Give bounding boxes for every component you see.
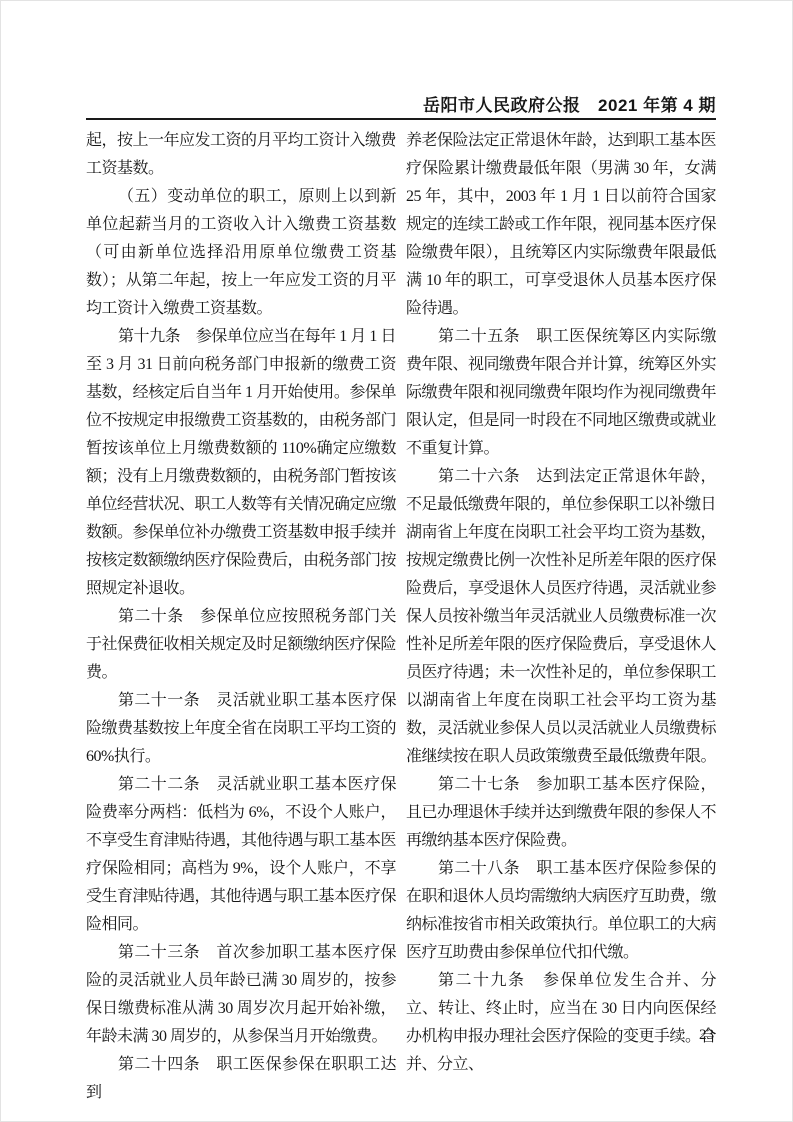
page-number: 23 xyxy=(86,1027,714,1044)
paragraph: （五）变动单位的职工，原则上以到新单位起薪当月的工资收入计入缴费工资基数（可由新… xyxy=(86,183,396,323)
paragraph: 第二十四条 职工医保参保在职职工达到 xyxy=(86,1051,396,1107)
header-rule xyxy=(86,118,716,120)
paragraph: 养老保险法定正常退休年龄，达到职工基本医疗保险累计缴费最低年限（男满 30 年，… xyxy=(406,127,716,323)
paragraph: 第二十八条 职工基本医疗保险参保的在职和退休人员均需缴纳大病医疗互助费，缴纳标准… xyxy=(406,855,716,967)
gazette-page: 岳阳市人民政府公报 2021 年第 4 期 起，按上一年应发工资的月平均工资计入… xyxy=(0,0,793,1122)
paragraph: 第二十七条 参加职工基本医疗保险，且已办理退休手续并达到缴费年限的参保人不再缴纳… xyxy=(406,771,716,855)
paragraph: 第十九条 参保单位应当在每年 1 月 1 日至 3 月 31 日前向税务部门申报… xyxy=(86,323,396,603)
left-column: 起，按上一年应发工资的月平均工资计入缴费工资基数。 （五）变动单位的职工，原则上… xyxy=(86,127,396,1107)
paragraph: 第二十二条 灵活就业职工基本医疗保险费率分两档：低档为 6%，不设个人账户，不享… xyxy=(86,771,396,939)
paragraph: 第二十条 参保单位应按照税务部门关于社保费征收相关规定及时足额缴纳医疗保险费。 xyxy=(86,603,396,687)
paragraph: 第二十九条 参保单位发生合并、分立、转让、终止时，应当在 30 日内向医保经办机… xyxy=(406,967,716,1079)
right-column: 养老保险法定正常退休年龄，达到职工基本医疗保险累计缴费最低年限（男满 30 年，… xyxy=(406,127,716,1107)
text-columns: 起，按上一年应发工资的月平均工资计入缴费工资基数。 （五）变动单位的职工，原则上… xyxy=(86,127,716,1107)
gazette-header-title: 岳阳市人民政府公报 2021 年第 4 期 xyxy=(86,91,716,116)
paragraph: 起，按上一年应发工资的月平均工资计入缴费工资基数。 xyxy=(86,127,396,183)
paragraph: 第二十一条 灵活就业职工基本医疗保险缴费基数按上年度全省在岗职工平均工资的 60… xyxy=(86,687,396,771)
paragraph: 第二十五条 职工医保统筹区内实际缴费年限、视同缴费年限合并计算，统筹区外实际缴费… xyxy=(406,323,716,463)
paragraph: 第二十六条 达到法定正常退休年龄，不足最低缴费年限的，单位参保职工以补缴日湖南省… xyxy=(406,463,716,771)
